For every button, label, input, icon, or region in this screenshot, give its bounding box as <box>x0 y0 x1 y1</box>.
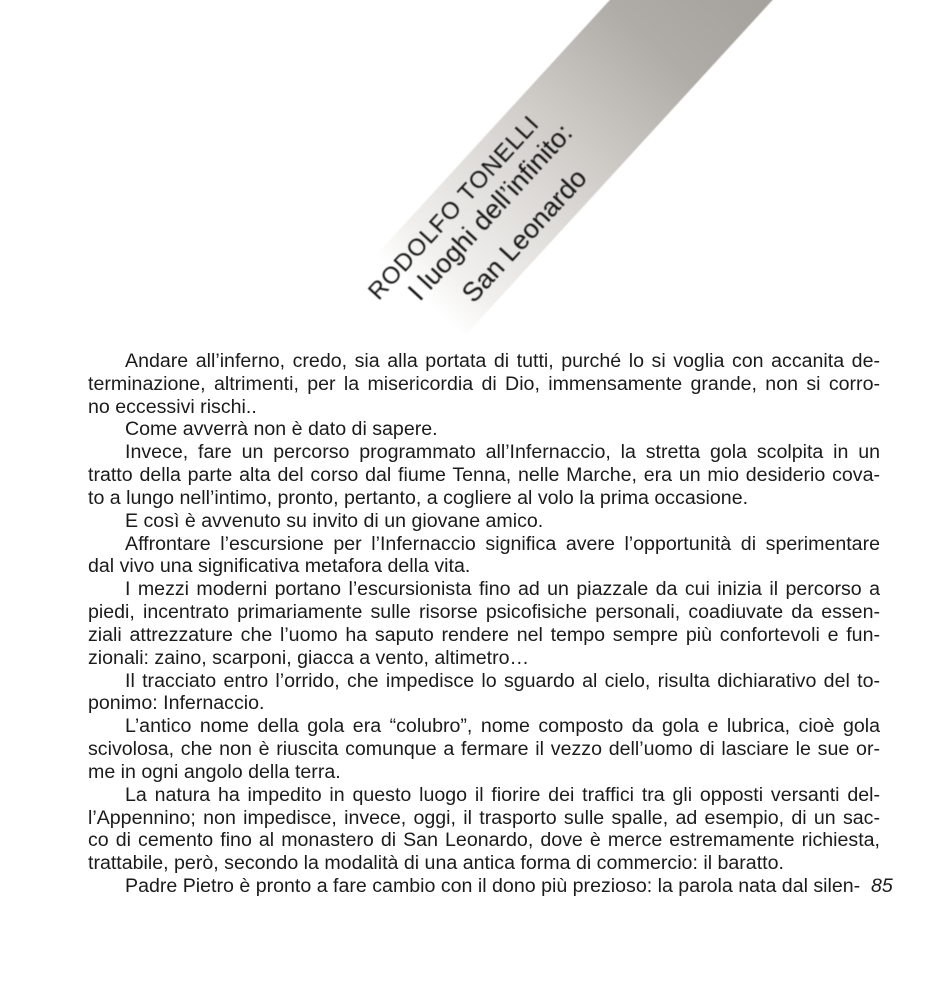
text-line: piedi, incentrato primariamente sulle ri… <box>88 601 880 624</box>
author-name: RODOLFO TONELLI <box>365 112 545 305</box>
text-line: dal vivo una significativa metafora dell… <box>88 555 880 578</box>
text-line: L’antico nome della gola era “colubro”, … <box>88 715 880 738</box>
text-line: zionali: zaino, scarponi, giacca a vento… <box>88 647 880 670</box>
header-band: RODOLFO TONELLI I luoghi dell’infinito: … <box>334 0 801 382</box>
text-line: Il tracciato entro l’orrido, che impedis… <box>88 670 880 693</box>
text-line: La natura ha impedito in questo luogo il… <box>88 784 880 807</box>
text-line: I mezzi moderni portano l’escursionista … <box>88 578 880 601</box>
text-line: tratto della parte alta del corso dal fi… <box>88 464 880 487</box>
page-number: 85 <box>871 877 893 897</box>
text-line: trattabile, però, secondo la modalità di… <box>88 852 880 875</box>
text-line: no eccessivi rischi.. <box>88 396 880 419</box>
text-line: to a lungo nell’intimo, pronto, pertanto… <box>88 487 880 510</box>
text-line: Andare all’inferno, credo, sia alla port… <box>88 350 880 373</box>
text-line: ponimo: Infernaccio. <box>88 692 880 715</box>
text-line: me in ogni angolo della terra. <box>88 761 880 784</box>
text-line: ziali attrezzature che l’uomo ha saputo … <box>88 624 880 647</box>
text-line: co di cemento fino al monastero di San L… <box>88 829 880 852</box>
text-line: terminazione, altrimenti, per la miseric… <box>88 373 880 396</box>
text-line: Padre Pietro è pronto a fare cambio con … <box>88 875 880 898</box>
text-line: E così è avvenuto su invito di un giovan… <box>88 510 880 533</box>
text-line: Affrontare l’escursione per l’Infernacci… <box>88 533 880 556</box>
document-page: RODOLFO TONELLI I luoghi dell’infinito: … <box>0 0 942 1000</box>
text-line: Come avverrà non è dato di sapere. <box>88 418 880 441</box>
text-line: l’Appennino; non impedisce, invece, oggi… <box>88 807 880 830</box>
text-line: scivolosa, che non è riuscita comunque a… <box>88 738 880 761</box>
text-line: Invece, fare un percorso programmato all… <box>88 441 880 464</box>
body-text: Andare all’inferno, credo, sia alla port… <box>88 350 880 898</box>
